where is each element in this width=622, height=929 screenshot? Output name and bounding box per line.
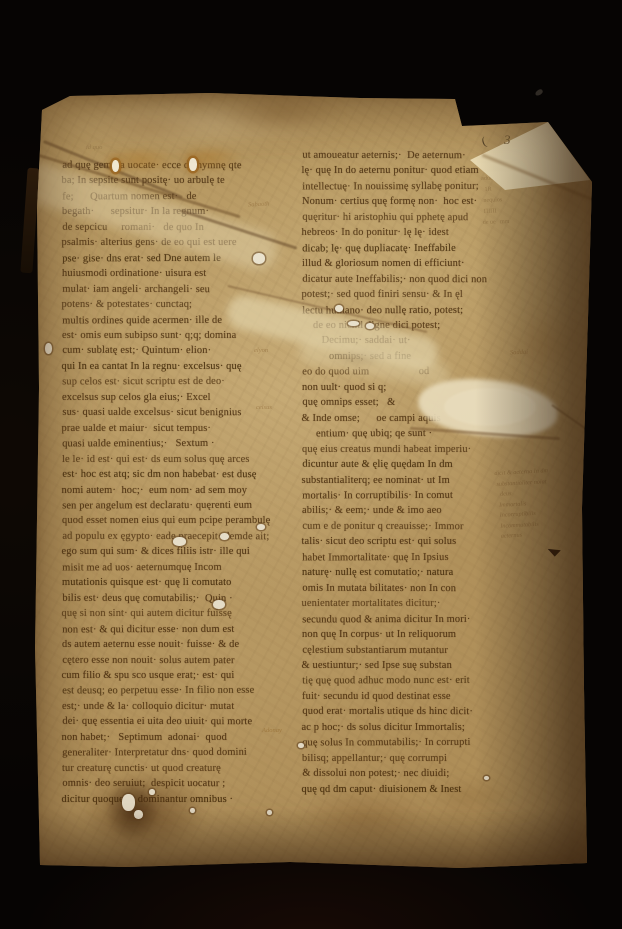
photograph-black-background: ad quę gemina uocate· ecce de hymnę qteb… <box>0 0 622 929</box>
manuscript-page: ad quę gemina uocate· ecce de hymnę qteb… <box>30 88 596 874</box>
page-vignette <box>30 88 596 874</box>
